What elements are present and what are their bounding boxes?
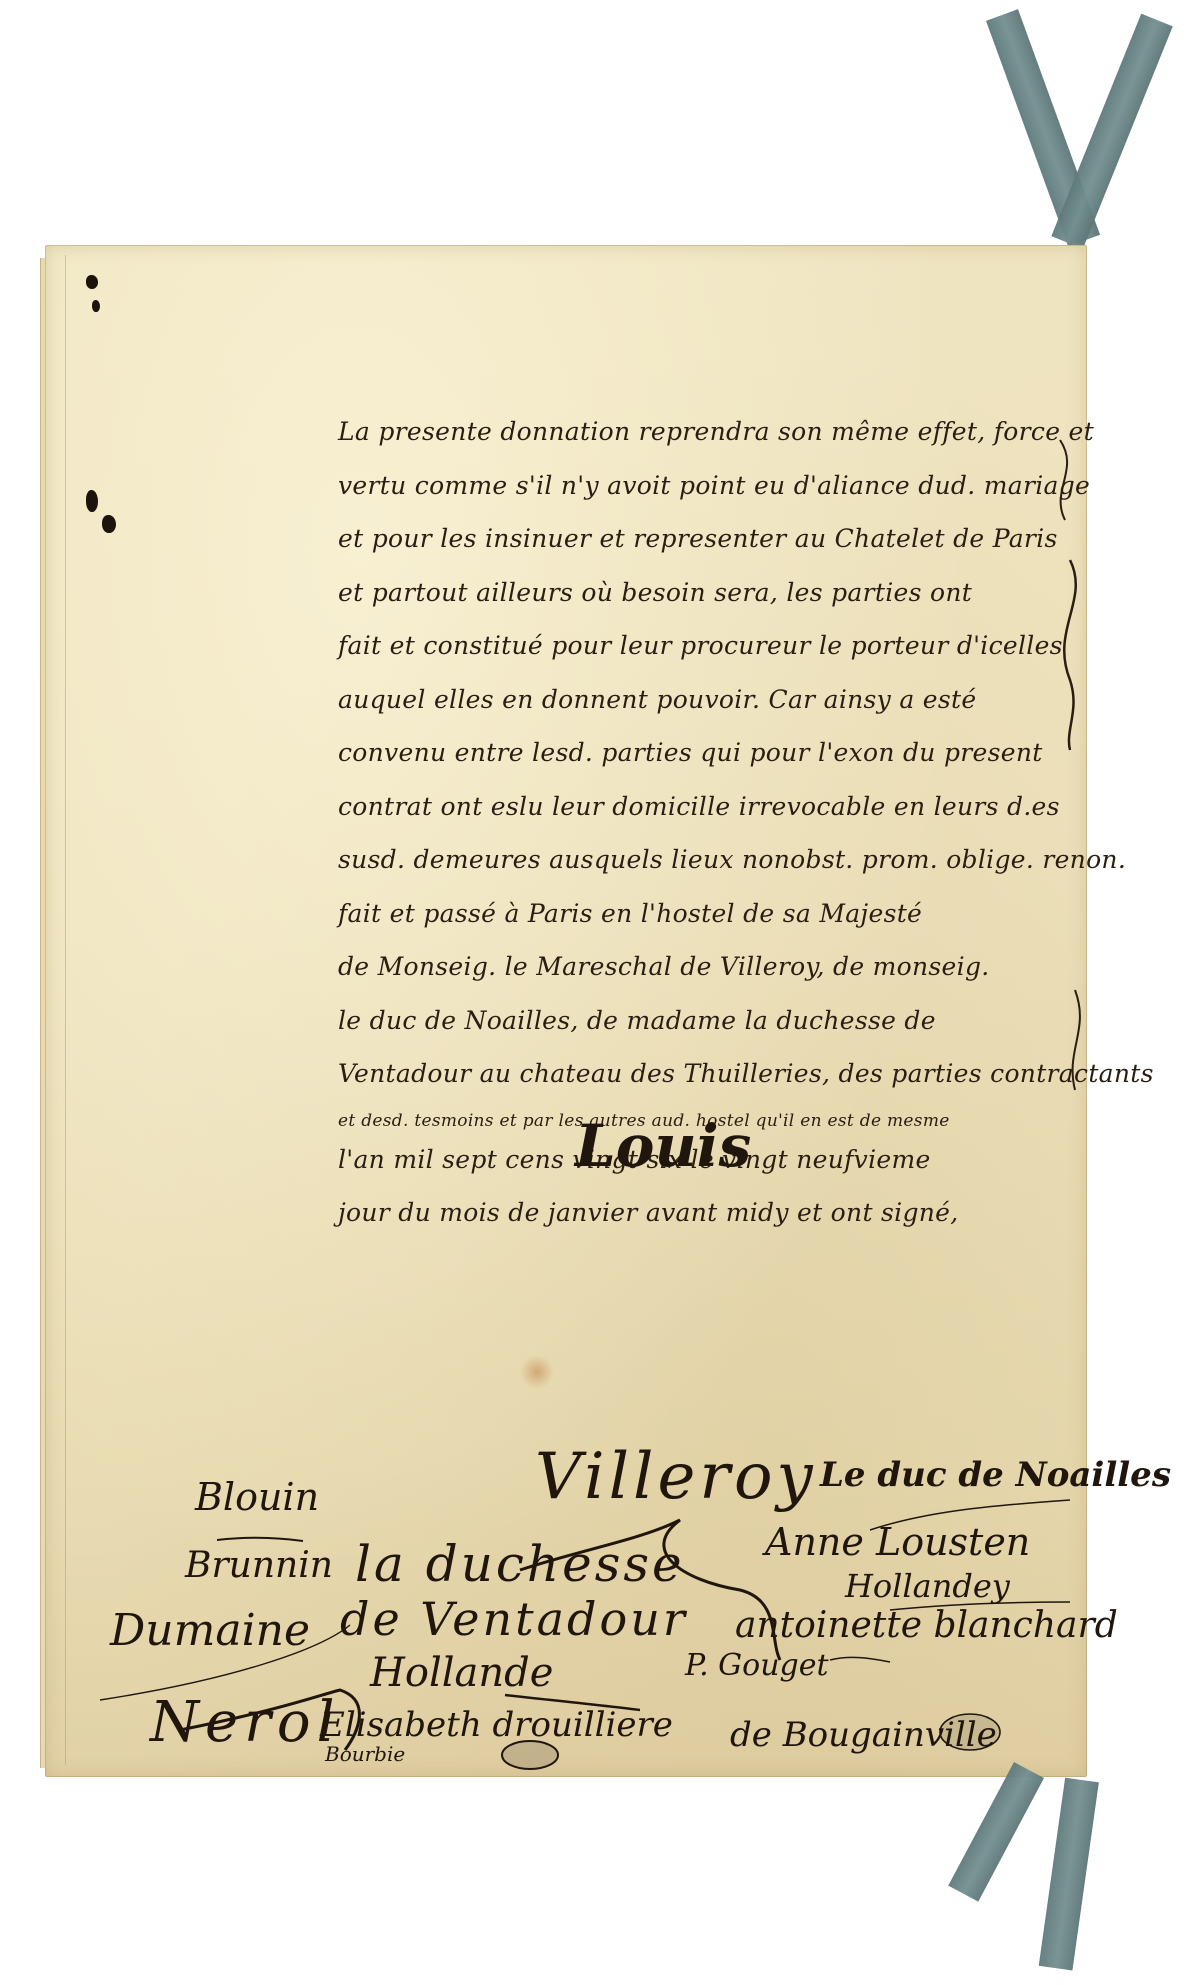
text-line: de Monseig. le Mareschal de Villeroy, de…	[338, 940, 1088, 994]
bottom-ribbon-right	[1039, 1778, 1099, 1971]
margin-bracket-icon	[1020, 430, 1090, 1130]
text-line: susd. demeures ausquels lieux nonobst. p…	[338, 833, 1088, 887]
royal-signature: Louis	[575, 1112, 751, 1180]
text-line: contrat ont eslu leur domicille irrevoca…	[338, 780, 1088, 834]
text-line: et partout ailleurs où besoin sera, les …	[338, 566, 1088, 620]
bottom-ribbon-left	[948, 1762, 1044, 1902]
ink-blot-icon	[102, 515, 116, 533]
top-ribbon-right	[1051, 14, 1172, 249]
text-line: Ventadour au chateau des Thuilleries, de…	[338, 1047, 1088, 1101]
text-line: jour du mois de janvier avant midy et on…	[338, 1186, 1088, 1240]
ink-blot-icon	[86, 275, 98, 289]
text-line: convenu entre lesd. parties qui pour l'e…	[338, 726, 1088, 780]
text-line: auquel elles en donnent pouvoir. Car ain…	[338, 673, 1088, 727]
text-line: fait et constitué pour leur procureur le…	[338, 619, 1088, 673]
foxing-stain	[520, 1355, 554, 1389]
signature-flourish-icon	[80, 1430, 1080, 1780]
text-line: La presente donnation reprendra son même…	[338, 405, 1088, 459]
paper-fold-line	[65, 255, 66, 1765]
text-line: fait et passé à Paris en l'hostel de sa …	[338, 887, 1088, 941]
ink-blot-icon	[92, 300, 100, 312]
text-line: et pour les insinuer et representer au C…	[338, 512, 1088, 566]
text-line: le duc de Noailles, de madame la duchess…	[338, 994, 1088, 1048]
text-line: vertu comme s'il n'y avoit point eu d'al…	[338, 459, 1088, 513]
ink-blot-icon	[86, 490, 98, 512]
